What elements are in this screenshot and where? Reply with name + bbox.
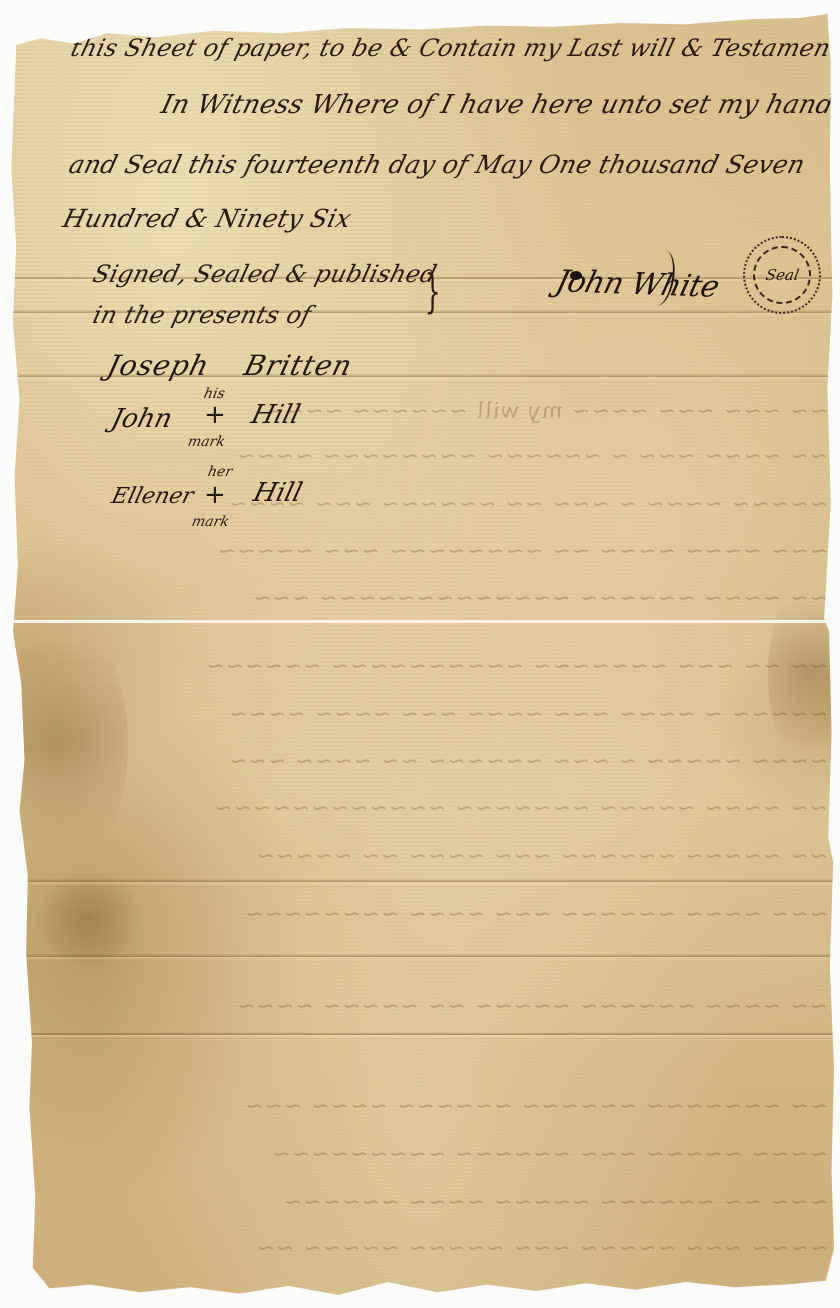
mark-below: mark (190, 514, 230, 530)
witness-ellener-hill-first: Ellener (109, 484, 196, 509)
bleed-through-line: ~~~~ ~~~~~ ~~~ ~~~~~~ ~~~~~~~~~ (65, 1142, 831, 1167)
body-line-1: this Sheet of paper, to be & Contain my … (68, 34, 833, 62)
witness-joseph-britten: Joseph Britten (104, 349, 356, 382)
fold-line (8, 879, 834, 885)
bleed-through-line: ~~~ ~~ ~~~~~~ ~~~~~ ~~~~ ~~~~~~ (65, 1190, 831, 1215)
seal-icon: Seal (743, 236, 821, 314)
bleed-through-line: ~~ ~~~~ ~~~~~ ~~~~~~~ ~~~~~~~~~~~~ (65, 796, 831, 821)
mark-below: mark (186, 434, 226, 450)
testator-signature: John White (552, 264, 722, 305)
bleed-through-line: ~~ ~~~~~ ~~~~~~ ~~~ ~~~~ ~~ ~~~~~ (65, 844, 831, 869)
attestation-line-2: in the presents of (90, 301, 314, 329)
seal-inner-ring: Seal (753, 246, 811, 304)
bleed-through-line: ~~~ ~~~~ ~~~~ ~~ ~~~~~~~~ ~~~ ~~~~~ (65, 539, 831, 564)
cross-mark-icon: + (204, 400, 226, 430)
bleed-through-line: ~~ ~~~ ~~~ ~~~~ my will ~~~~~~ ~~~~ (65, 399, 831, 424)
body-line-3: and Seal this fourteenth day of May One … (66, 150, 808, 179)
witness-first-name: Joseph (104, 349, 213, 382)
bleed-through-line: ~~~~ ~~~~~ ~ ~~~ ~~~~~~ ~~ ~~~~ ~~~ (65, 749, 831, 774)
witness-ellener-hill-last: Hill (250, 478, 305, 508)
scan-canvas: ~~ ~~~ ~~~ ~~~~ my will ~~~~~~ ~~~~ ~~ ~… (0, 0, 840, 1308)
bleed-through-line: ~~~~ ~~~ ~~~~~ ~~~ ~~~~~ ~~~~~ ~~ (65, 1236, 831, 1261)
bleed-through-line: ~~ ~~~~~~~ ~~~~~~ ~~~~~~ ~~~~ ~~~ (65, 1094, 831, 1119)
witness-john-hill-last: Hill (248, 400, 303, 430)
bleed-through-line: ~~~ ~~~~ ~~~~~~ ~~~ ~~~~ ~~~~~~~~ (65, 902, 831, 927)
seal-label: Seal (764, 266, 800, 284)
bleed-through-line: ~~ ~~~~ ~~~ ~ ~~~~~~ ~~~~~~~~ ~~~~ (65, 444, 831, 469)
cross-mark-icon: + (204, 480, 226, 510)
bleed-through-line: ~~ ~~~~ ~~~~~~ ~~~~~~~~~~~~~ ~~~ (65, 586, 831, 611)
body-line-4: Hundred & Ninety Six (60, 204, 354, 233)
manuscript-sheet: ~~ ~~~ ~~~ ~~~~ my will ~~~~~~ ~~~~ ~~ ~… (8, 14, 834, 1300)
witness-last-name: Britten (241, 349, 356, 382)
mark-above-her: her (206, 464, 233, 480)
attestation-bracket: } (425, 264, 441, 318)
bleed-through-line: ~~ ~~ ~~~ ~~~~~~~ ~~~~~~~~~~ ~~~~~~ (65, 654, 831, 679)
bleed-through-line: ~~ ~~~~ ~~~~~~ ~~~~~ ~~ ~~~~~ ~~~~ (65, 994, 831, 1019)
water-stain (0, 614, 128, 874)
fold-line (8, 1032, 834, 1038)
attestation-line-1: Signed, Sealed & published (90, 260, 440, 288)
witness-john-hill-first: John (108, 404, 175, 434)
horizontal-tear (8, 620, 834, 623)
fold-line (8, 954, 834, 960)
body-line-2: In Witness Where of I have here unto set… (158, 90, 837, 120)
bleed-through-line: ~~~~~ ~ ~~~~ ~~~ ~~~~ ~~~ ~~~~ ~~~~ (65, 702, 831, 727)
